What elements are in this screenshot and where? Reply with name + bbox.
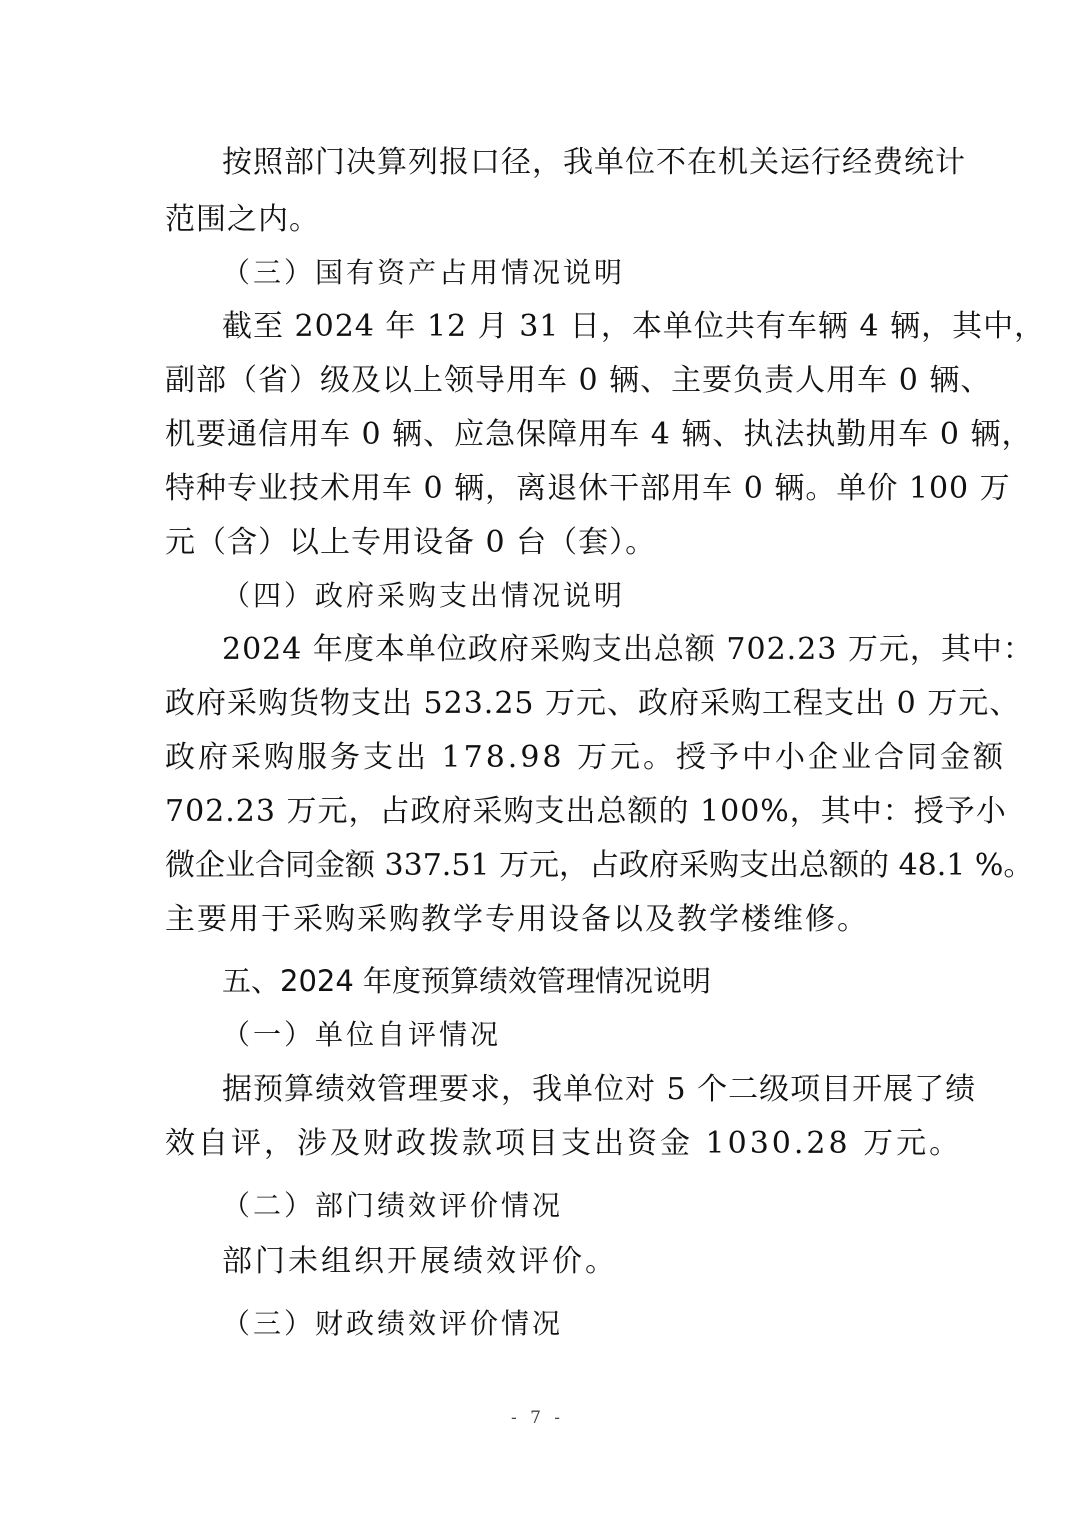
document-page: 按照部门决算列报口径，我单位不在机关运行经费统计 范围之内。 （三）国有资产占用… (0, 0, 1075, 1520)
section-heading-performance: 五、2024 年度预算绩效管理情况说明 (222, 961, 972, 1001)
paragraph-line: 702.23 万元，占政府采购支出总额的 100%，其中：授予小 (165, 792, 915, 832)
paragraph-line: 截至 2024 年 12 月 31 日，本单位共有车辆 4 辆，其中， (222, 307, 915, 347)
paragraph-line: 据预算绩效管理要求，我单位对 5 个二级项目开展了绩 (222, 1070, 915, 1110)
paragraph-line: 效自评，涉及财政拨款项目支出资金 1030.28 万元。 (165, 1124, 915, 1164)
paragraph-line: 政府采购货物支出 523.25 万元、政府采购工程支出 0 万元、 (165, 684, 915, 724)
paragraph-line: 按照部门决算列报口径，我单位不在机关运行经费统计 (222, 143, 915, 183)
paragraph-line: 元（含）以上专用设备 0 台（套）。 (165, 523, 915, 563)
paragraph-line: 机要通信用车 0 辆、应急保障用车 4 辆、执法执勤用车 0 辆， (165, 415, 915, 455)
page-number: - 7 - (0, 1408, 1075, 1428)
subsection-heading-self-evaluation: （一）单位自评情况 (222, 1015, 972, 1055)
section-heading-assets: （三）国有资产占用情况说明 (222, 253, 972, 293)
subsection-heading-fiscal-evaluation: （三）财政绩效评价情况 (222, 1304, 972, 1344)
paragraph-line: 2024 年度本单位政府采购支出总额 702.23 万元，其中： (222, 630, 915, 670)
paragraph-line: 部门未组织开展绩效评价。 (222, 1242, 972, 1282)
paragraph-line: 副部（省）级及以上领导用车 0 辆、主要负责人用车 0 辆、 (165, 361, 915, 401)
section-heading-procurement: （四）政府采购支出情况说明 (222, 576, 972, 616)
paragraph-line: 特种专业技术用车 0 辆，离退休干部用车 0 辆。单价 100 万 (165, 469, 915, 509)
paragraph-line: 主要用于采购采购教学专用设备以及教学楼维修。 (165, 900, 915, 940)
paragraph-line: 政府采购服务支出 178.98 万元。授予中小企业合同金额 (165, 738, 915, 778)
paragraph-line: 微企业合同金额 337.51 万元，占政府采购支出总额的 48.1 %。 (165, 846, 915, 886)
paragraph-line: 范围之内。 (165, 200, 915, 240)
subsection-heading-department-evaluation: （二）部门绩效评价情况 (222, 1186, 972, 1226)
